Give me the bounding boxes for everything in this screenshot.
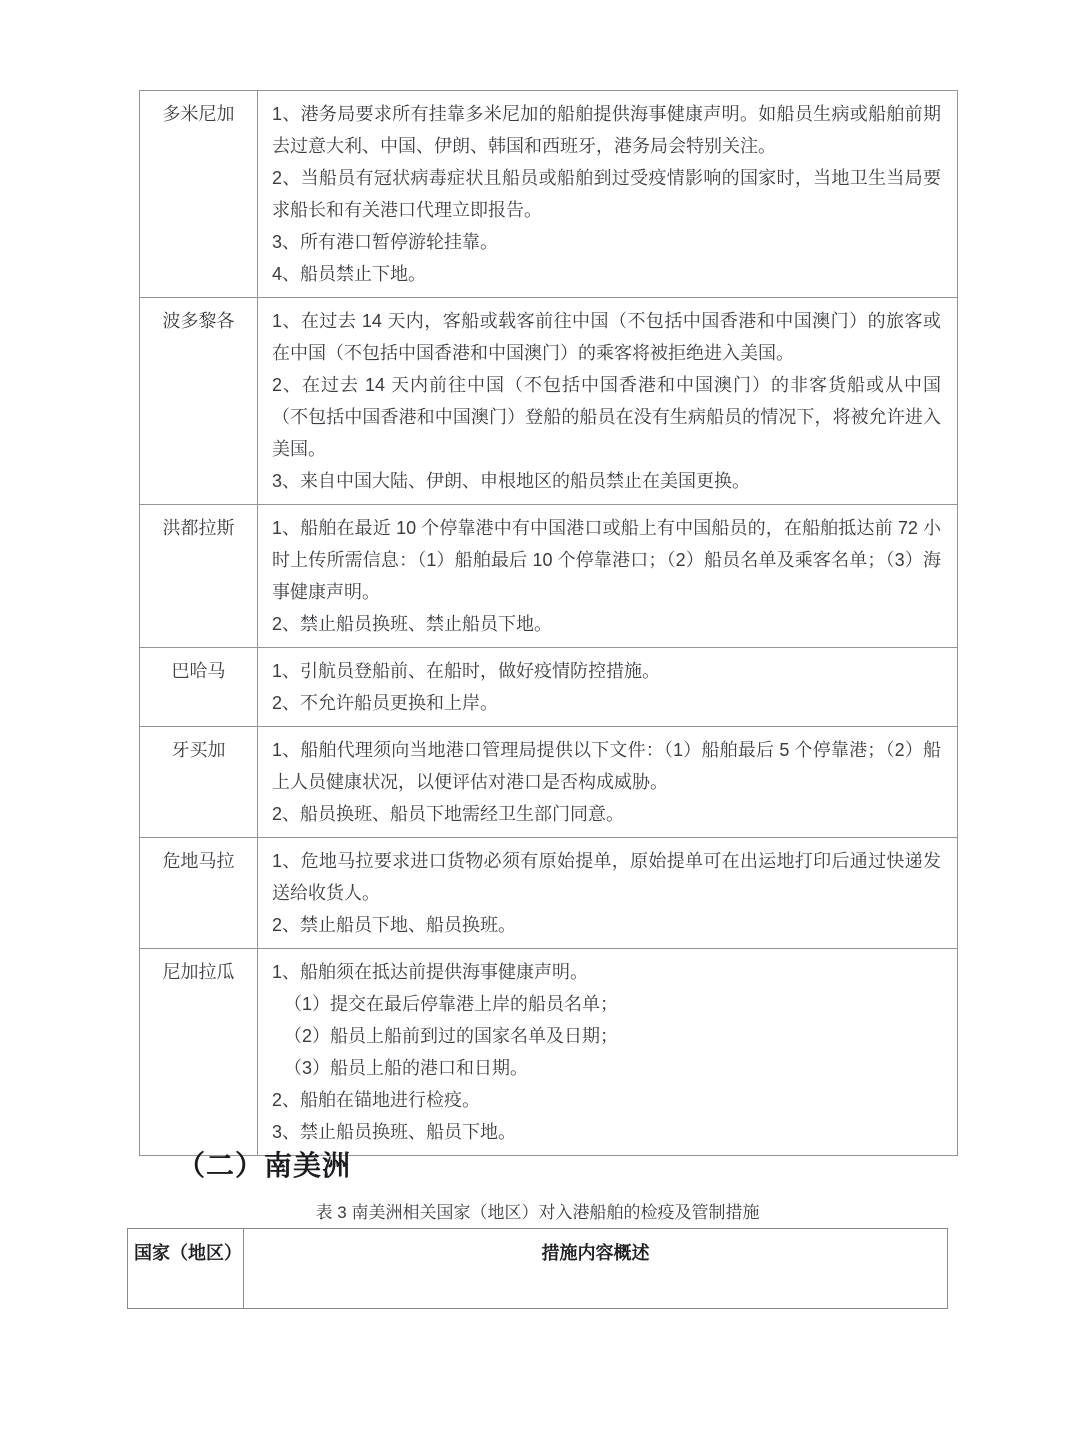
header-country: 国家（地区）: [128, 1229, 244, 1309]
country-cell: 巴哈马: [140, 648, 258, 727]
measure-line: 2、船员换班、船员下地需经卫生部门同意。: [272, 798, 941, 830]
table-row: 波多黎各 1、在过去 14 天内，客船或载客前往中国（不包括中国香港和中国澳门）…: [140, 298, 958, 505]
measure-line: 2、在过去 14 天内前往中国（不包括中国香港和中国澳门）的非客货船或从中国（不…: [272, 369, 941, 465]
measure-line: 1、引航员登船前、在船时，做好疫情防控措施。: [272, 655, 941, 687]
measure-line: 4、船员禁止下地。: [272, 258, 941, 290]
measure-line: 1、危地马拉要求进口货物必须有原始提单，原始提单可在出运地打印后通过快递发送给收…: [272, 845, 941, 909]
table-row: 多米尼加 1、港务局要求所有挂靠多米尼加的船舶提供海事健康声明。如船员生病或船舶…: [140, 91, 958, 298]
table-row: 巴哈马 1、引航员登船前、在船时，做好疫情防控措施。2、不允许船员更换和上岸。: [140, 648, 958, 727]
measure-line: 2、禁止船员换班、禁止船员下地。: [272, 608, 941, 640]
measure-line: 3、禁止船员换班、船员下地。: [272, 1116, 941, 1148]
country-cell: 牙买加: [140, 727, 258, 838]
measure-line: （2）船员上船前到过的国家名单及日期；: [272, 1020, 941, 1052]
measures-cell: 1、船舶代理须向当地港口管理局提供以下文件：（1）船舶最后 5 个停靠港；（2）…: [258, 727, 958, 838]
caribbean-table-body: 多米尼加 1、港务局要求所有挂靠多米尼加的船舶提供海事健康声明。如船员生病或船舶…: [140, 91, 958, 1156]
table-row: 洪都拉斯 1、船舶在最近 10 个停靠港中有中国港口或船上有中国船员的，在船舶抵…: [140, 505, 958, 648]
measure-line: 2、禁止船员下地、船员换班。: [272, 909, 941, 941]
country-cell: 危地马拉: [140, 838, 258, 949]
measure-line: 3、所有港口暂停游轮挂靠。: [272, 226, 941, 258]
measure-line: 2、船舶在锚地进行检疫。: [272, 1084, 941, 1116]
measure-line: 3、来自中国大陆、伊朗、申根地区的船员禁止在美国更换。: [272, 465, 941, 497]
measures-cell: 1、船舶须在抵达前提供海事健康声明。（1）提交在最后停靠港上岸的船员名单；（2）…: [258, 949, 958, 1156]
table-row: 尼加拉瓜 1、船舶须在抵达前提供海事健康声明。（1）提交在最后停靠港上岸的船员名…: [140, 949, 958, 1156]
country-cell: 尼加拉瓜: [140, 949, 258, 1156]
measures-cell: 1、船舶在最近 10 个停靠港中有中国港口或船上有中国船员的，在船舶抵达前 72…: [258, 505, 958, 648]
measure-line: 1、港务局要求所有挂靠多米尼加的船舶提供海事健康声明。如船员生病或船舶前期去过意…: [272, 98, 941, 162]
measures-cell: 1、危地马拉要求进口货物必须有原始提单，原始提单可在出运地打印后通过快递发送给收…: [258, 838, 958, 949]
table-row: 危地马拉 1、危地马拉要求进口货物必须有原始提单，原始提单可在出运地打印后通过快…: [140, 838, 958, 949]
country-cell: 波多黎各: [140, 298, 258, 505]
measure-line: 1、在过去 14 天内，客船或载客前往中国（不包括中国香港和中国澳门）的旅客或在…: [272, 305, 941, 369]
section-heading: （二）南美洲: [177, 1144, 351, 1184]
table-south-america: 国家（地区） 措施内容概述: [127, 1228, 948, 1309]
measure-line: 2、当船员有冠状病毒症状且船员或船舶到过受疫情影响的国家时，当地卫生当局要求船长…: [272, 162, 941, 226]
document-page: 多米尼加 1、港务局要求所有挂靠多米尼加的船舶提供海事健康声明。如船员生病或船舶…: [0, 0, 1080, 1440]
measures-cell: 1、港务局要求所有挂靠多米尼加的船舶提供海事健康声明。如船员生病或船舶前期去过意…: [258, 91, 958, 298]
measures-cell: 1、在过去 14 天内，客船或载客前往中国（不包括中国香港和中国澳门）的旅客或在…: [258, 298, 958, 505]
measure-line: （1）提交在最后停靠港上岸的船员名单；: [272, 988, 941, 1020]
measure-line: 1、船舶在最近 10 个停靠港中有中国港口或船上有中国船员的，在船舶抵达前 72…: [272, 512, 941, 608]
measures-cell: 1、引航员登船前、在船时，做好疫情防控措施。2、不允许船员更换和上岸。: [258, 648, 958, 727]
header-measures: 措施内容概述: [244, 1229, 948, 1309]
country-cell: 多米尼加: [140, 91, 258, 298]
country-cell: 洪都拉斯: [140, 505, 258, 648]
table-caribbean: 多米尼加 1、港务局要求所有挂靠多米尼加的船舶提供海事健康声明。如船员生病或船舶…: [139, 90, 958, 1156]
measure-line: （3）船员上船的港口和日期。: [272, 1052, 941, 1084]
table-caption: 表 3 南美洲相关国家（地区）对入港船舶的检疫及管制措施: [127, 1198, 948, 1223]
table-header-row: 国家（地区） 措施内容概述: [128, 1229, 948, 1309]
measure-line: 2、不允许船员更换和上岸。: [272, 687, 941, 719]
measure-line: 1、船舶代理须向当地港口管理局提供以下文件：（1）船舶最后 5 个停靠港；（2）…: [272, 734, 941, 798]
measure-line: 1、船舶须在抵达前提供海事健康声明。: [272, 956, 941, 988]
table-row: 牙买加 1、船舶代理须向当地港口管理局提供以下文件：（1）船舶最后 5 个停靠港…: [140, 727, 958, 838]
